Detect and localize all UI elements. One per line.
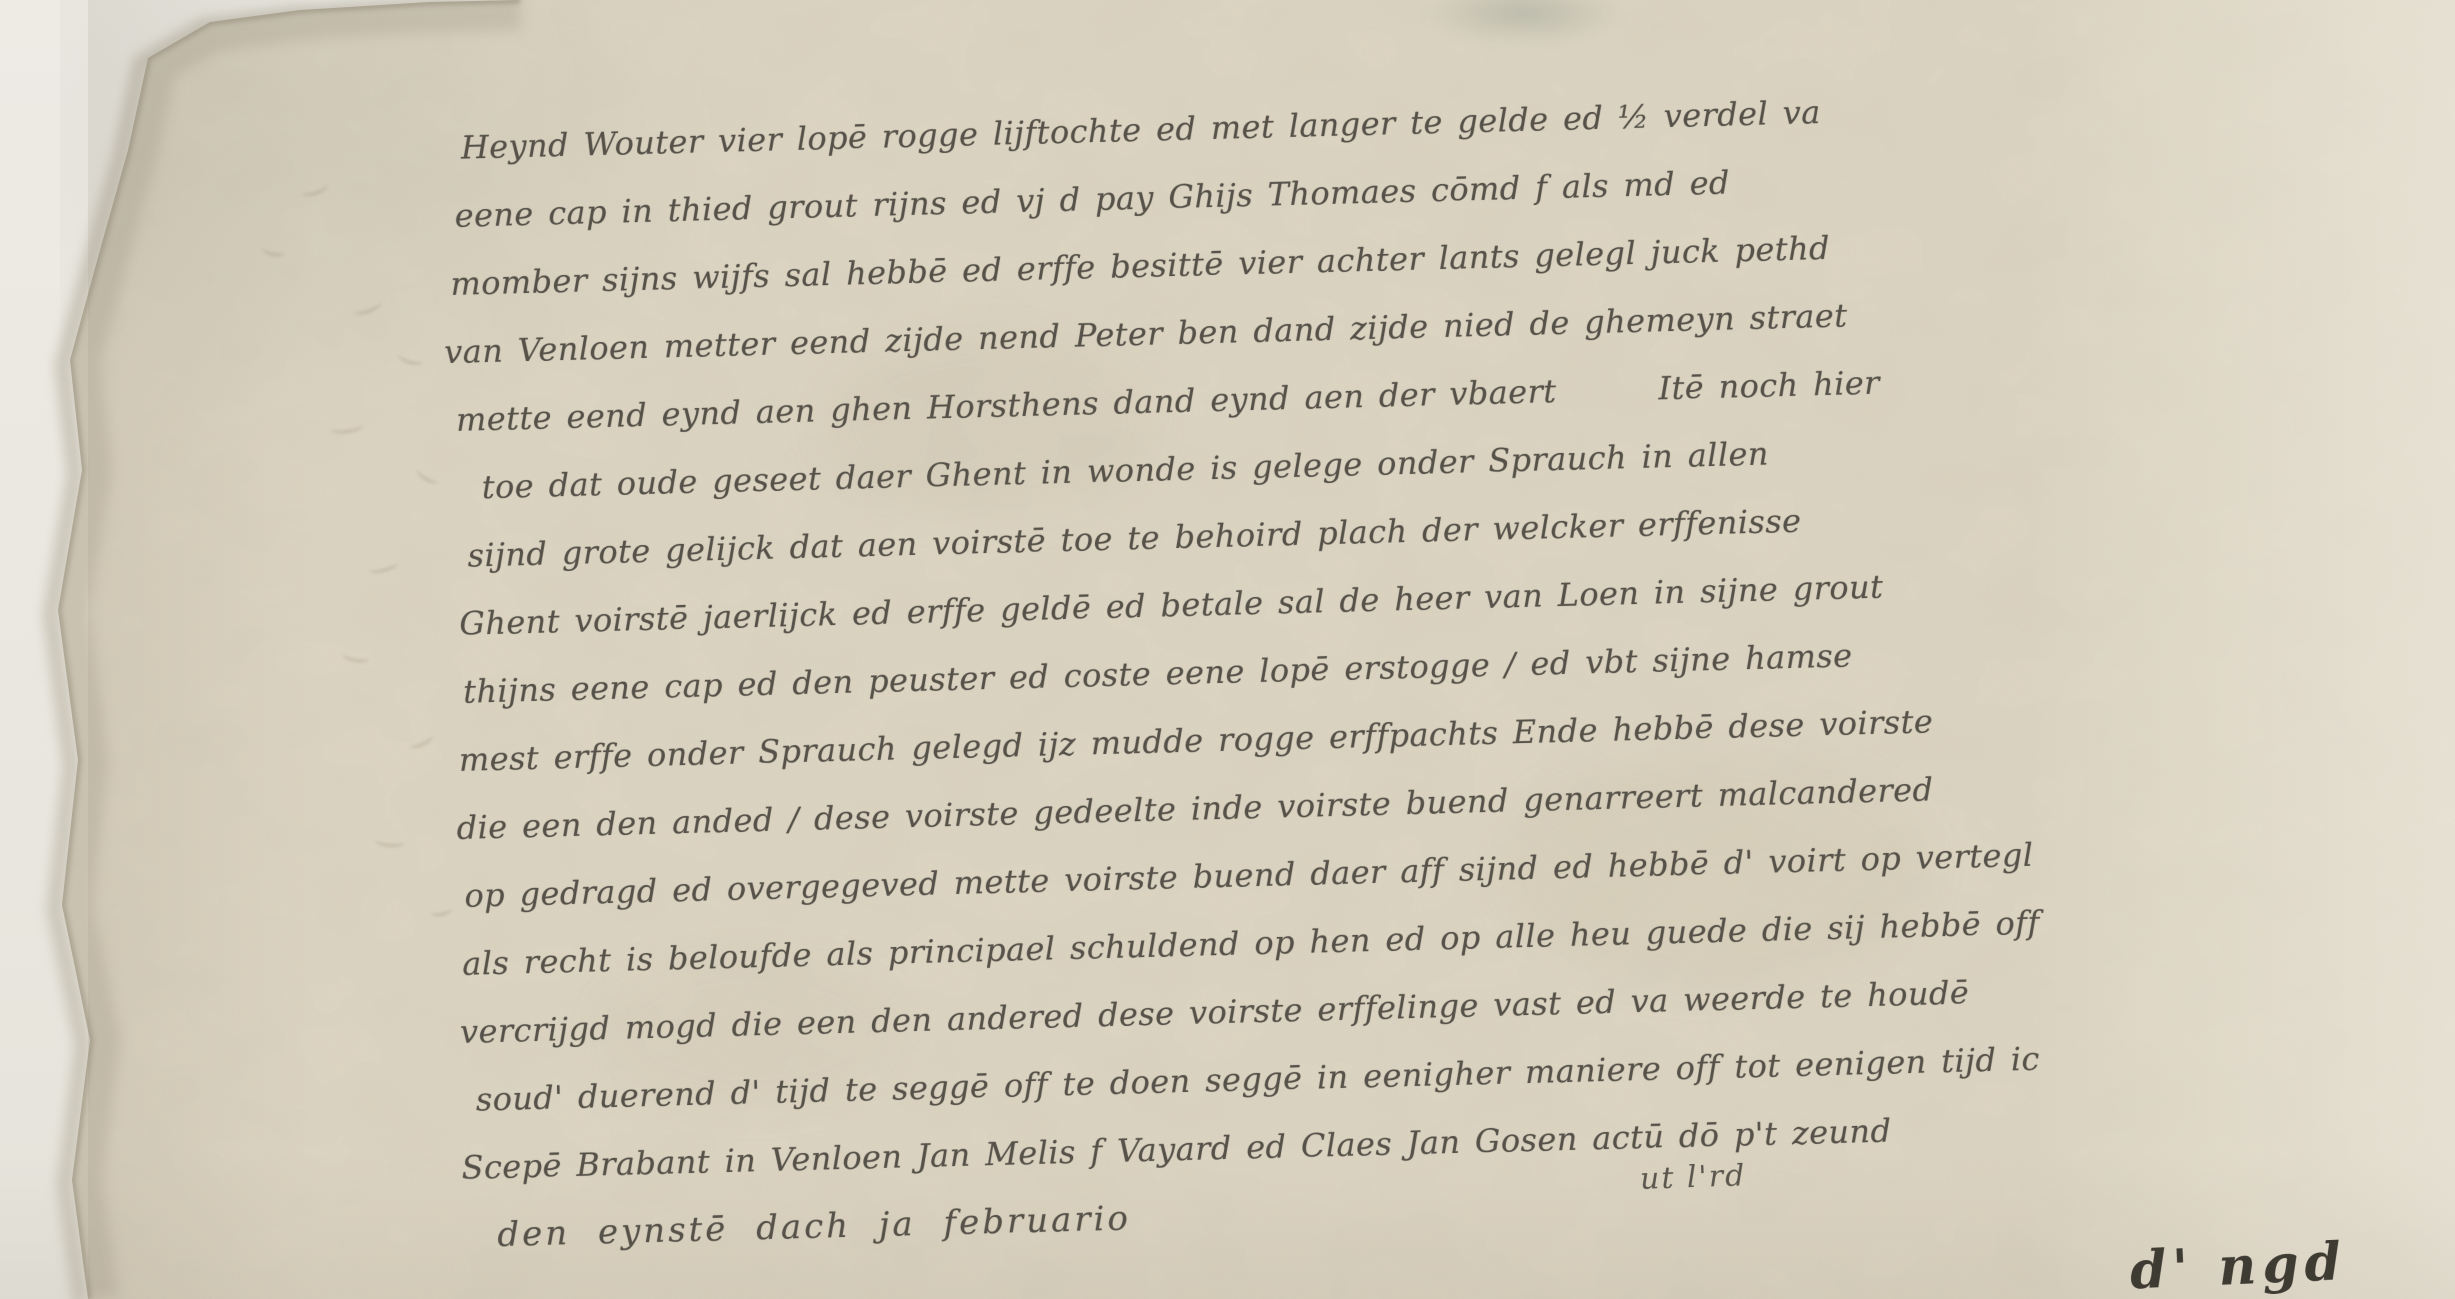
next-entry-fragment: d' ngd: [2129, 1231, 2348, 1299]
manuscript-text-block: Heynd Wouter vier lopē rogge lijftochte …: [446, 62, 2455, 1270]
manuscript-scan-page: Heynd Wouter vier lopē rogge lijftochte …: [0, 0, 2455, 1299]
ut-supra-note: ut l'rd: [1639, 1158, 1746, 1197]
